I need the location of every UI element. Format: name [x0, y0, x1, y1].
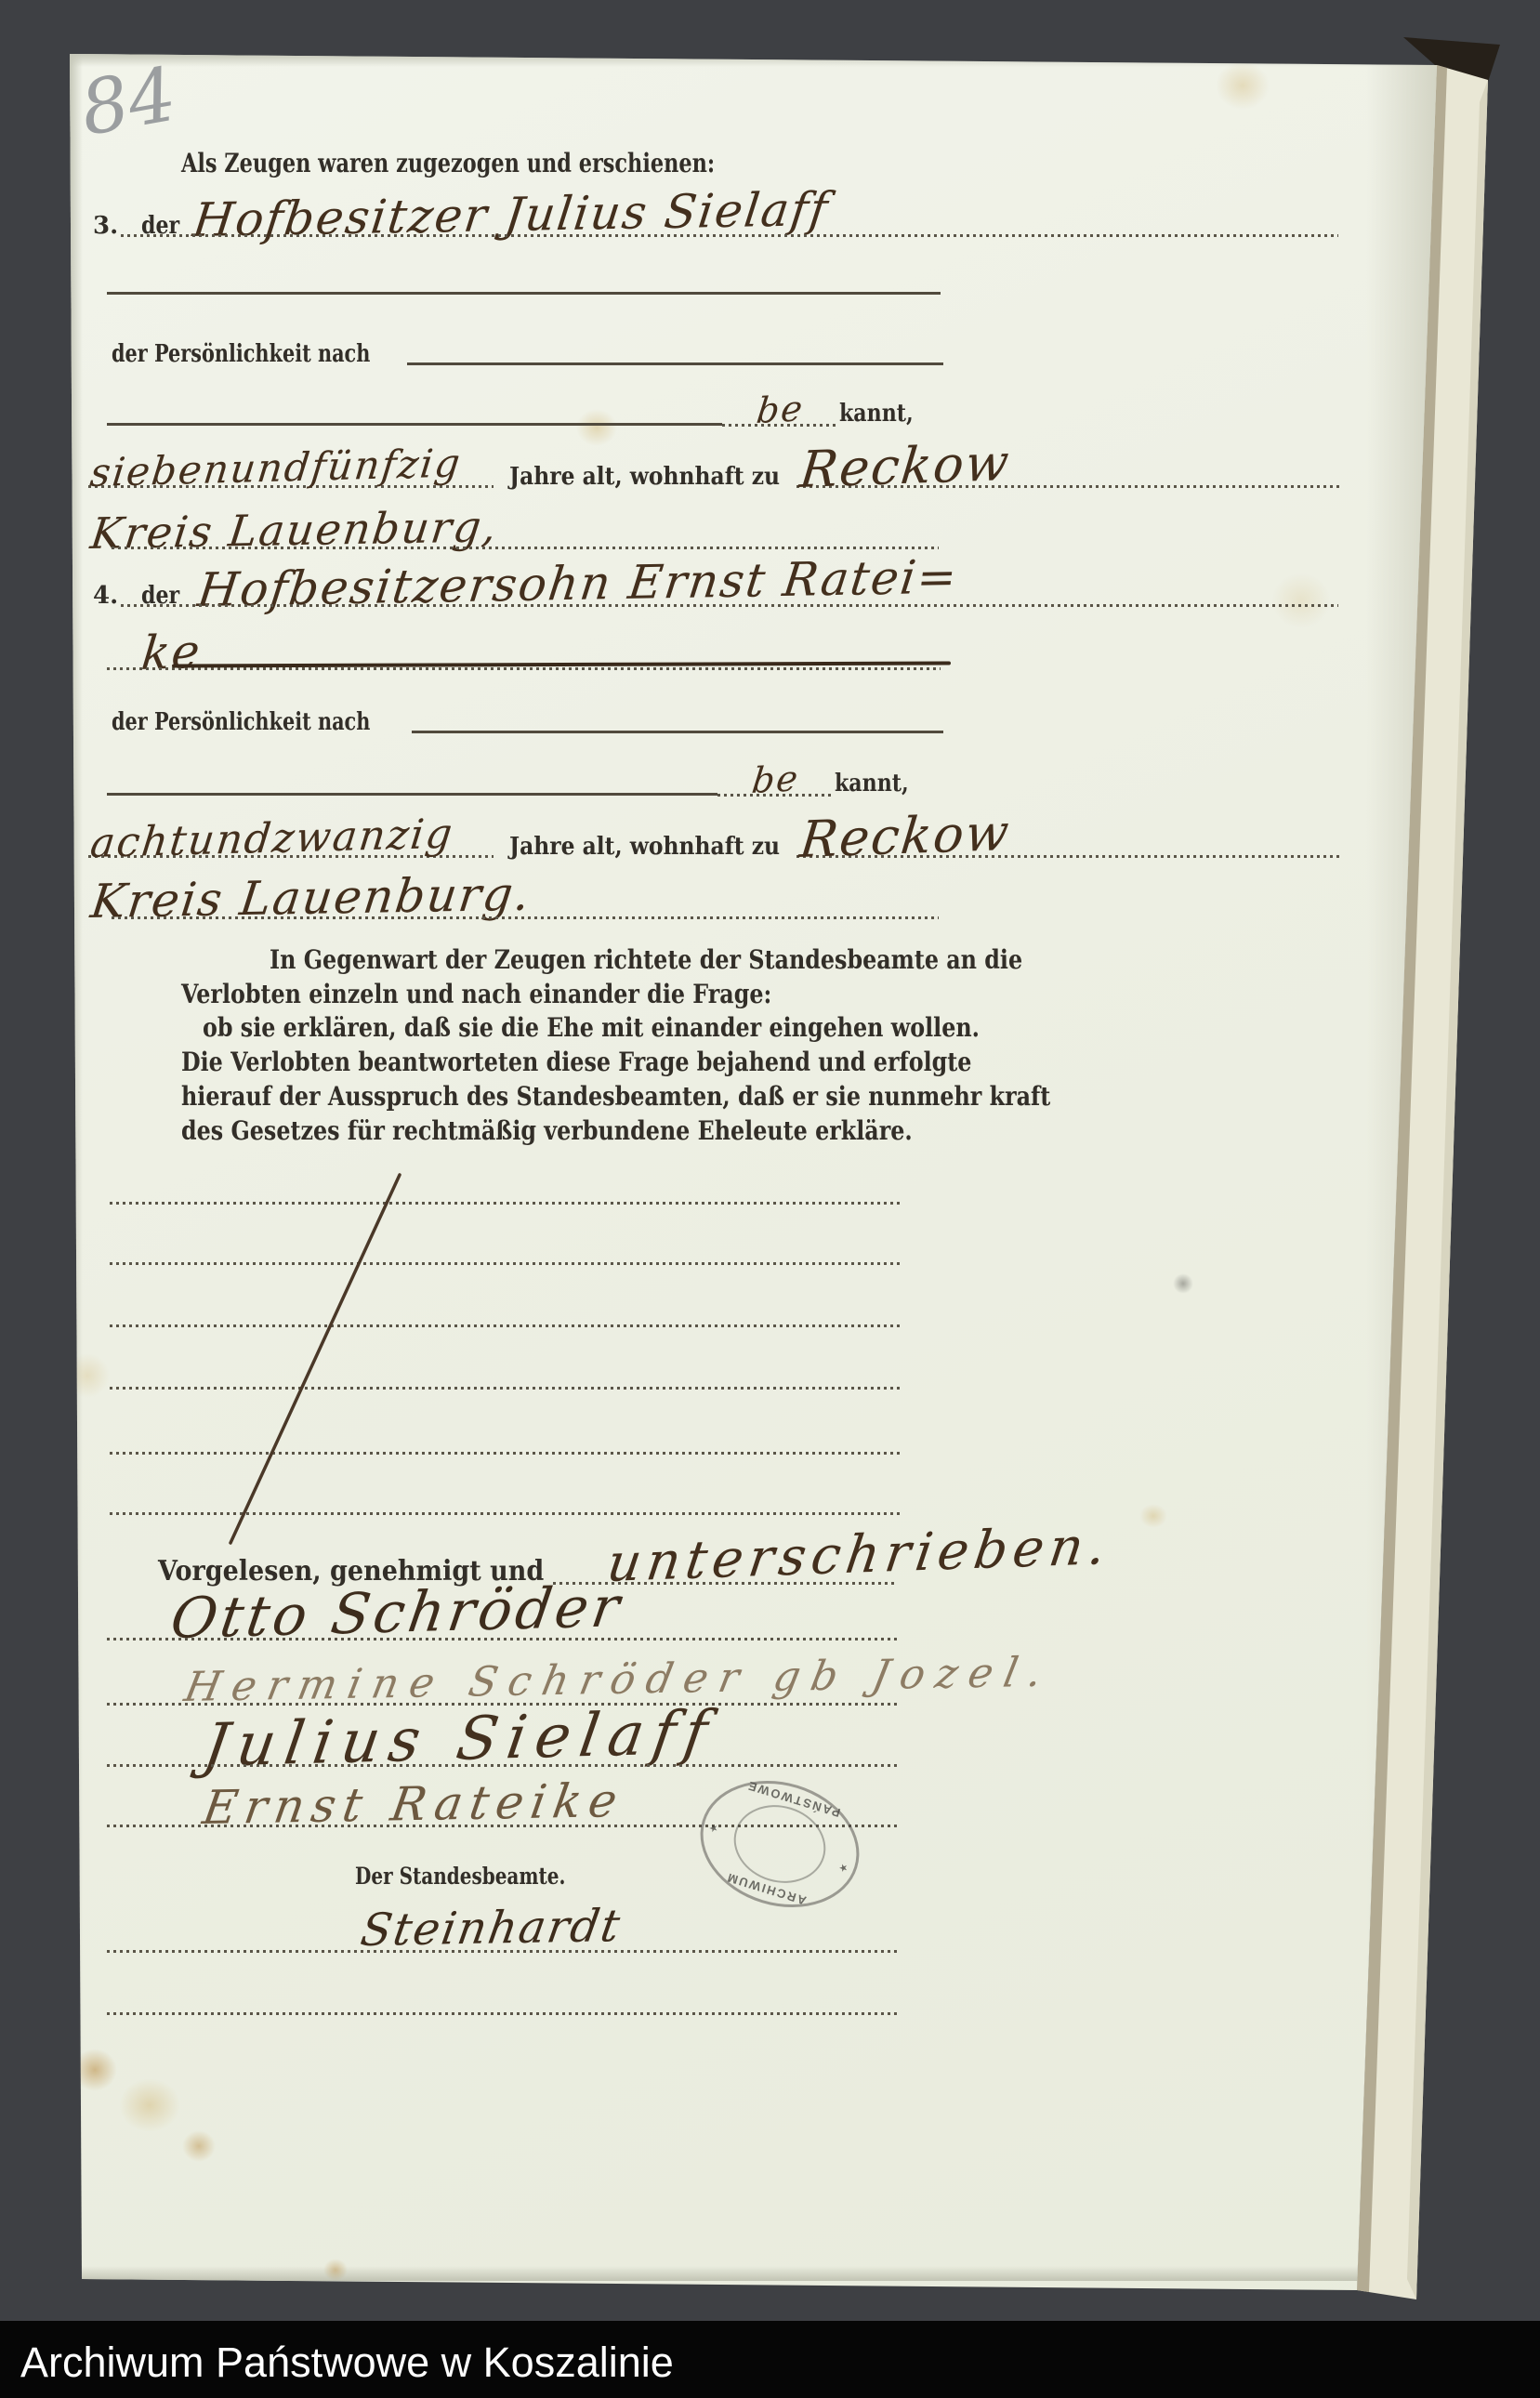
age-3-handwritten: siebenundfünfzig — [88, 443, 464, 493]
ruled-dotted-line — [121, 234, 1338, 237]
age-label-1: Jahre alt, wohnhaft zu — [509, 465, 780, 489]
ruled-solid-line — [107, 423, 722, 426]
registrar-signature: Steinhardt — [358, 1904, 625, 1953]
declaration-line-3: ob sie erklären, daß sie die Ehe mit ein… — [203, 1015, 980, 1041]
paper-stain — [576, 409, 617, 446]
closing-handwritten: unterschrieben. — [604, 1521, 1114, 1590]
archive-stamp: ARCHIWUM PAŃSTWOWE ★ ★ — [685, 1761, 875, 1926]
identity-label-1: der Persönlichkeit nach — [112, 342, 370, 366]
paper-stain — [182, 2130, 216, 2162]
stamp-star-left: ★ — [837, 1861, 849, 1875]
witnesses-heading: Als Zeugen waren zugezogen und erschiene… — [181, 151, 715, 177]
residence-3-handwritten: Reckow — [797, 438, 1013, 495]
paper-stain — [1173, 1273, 1193, 1294]
page-number-pencil: 84 — [75, 58, 181, 147]
residence-4-handwritten: Reckow — [797, 808, 1013, 865]
ruled-dotted-line — [121, 604, 1338, 607]
witness-3-number: 3. — [93, 214, 118, 238]
kannt-label-1: kannt, — [839, 402, 914, 426]
ruled-solid-line — [407, 362, 943, 365]
ruled-solid-line — [107, 292, 941, 295]
ruled-dotted-line — [112, 547, 939, 549]
ruled-solid-line — [107, 793, 717, 796]
paper-stain — [1139, 1504, 1167, 1528]
signature-ernst-rateike: Ernst Rateike — [200, 1777, 627, 1831]
handwritten-be-1: be — [755, 390, 806, 428]
ruled-dotted-line — [107, 667, 941, 670]
paper-stain — [323, 2259, 348, 2281]
paper-stain — [119, 2078, 180, 2132]
identity-label-2: der Persönlichkeit nach — [112, 710, 370, 734]
declaration-line-4: Die Verlobten beantworteten diese Frage … — [181, 1049, 971, 1075]
archive-bar-label: Archiwum Państwowe w Koszalinie — [20, 2339, 674, 2387]
archive-bar: Archiwum Państwowe w Koszalinie — [0, 2321, 1540, 2398]
declaration-line-6: des Gesetzes für rechtmäßig verbundene E… — [181, 1118, 913, 1144]
handwritten-be-2: be — [750, 760, 801, 798]
declaration-line-1: In Gegenwart der Zeugen richtete der Sta… — [270, 947, 1022, 973]
ruled-dotted-line — [112, 916, 939, 919]
ruled-dotted-line — [107, 1950, 899, 1953]
cancellation-stroke — [214, 1164, 418, 1554]
age-4-handwritten: achtundzwanzig — [88, 814, 455, 864]
ruled-solid-line — [412, 731, 943, 733]
kannt-label-2: kannt, — [835, 771, 909, 796]
declaration-line-2: Verlobten einzeln und nach einander die … — [181, 982, 771, 1008]
page-edge-shadow — [82, 2266, 1359, 2281]
scan-background: 84 Als Zeugen waren zugezogen und erschi… — [0, 0, 1540, 2398]
document-page: 84 Als Zeugen waren zugezogen und erschi… — [0, 0, 1540, 2398]
declaration-line-5: hierauf der Ausspruch des Standesbeamten… — [181, 1084, 1050, 1110]
stamp-star-right: ★ — [707, 1821, 719, 1835]
ruled-dotted-line — [107, 2012, 899, 2015]
paper-stain — [1271, 573, 1331, 628]
paper-stain — [1216, 61, 1270, 110]
registrar-label: Der Standesbeamte. — [355, 1864, 565, 1888]
ruled-dotted-line — [107, 1764, 899, 1767]
ruled-dotted-line — [107, 1638, 899, 1640]
age-label-2: Jahre alt, wohnhaft zu — [509, 835, 780, 859]
witness-4-number: 4. — [93, 584, 118, 608]
signature-hermine-schroeder: Hermine Schröder gb Jozel. — [181, 1653, 1057, 1708]
